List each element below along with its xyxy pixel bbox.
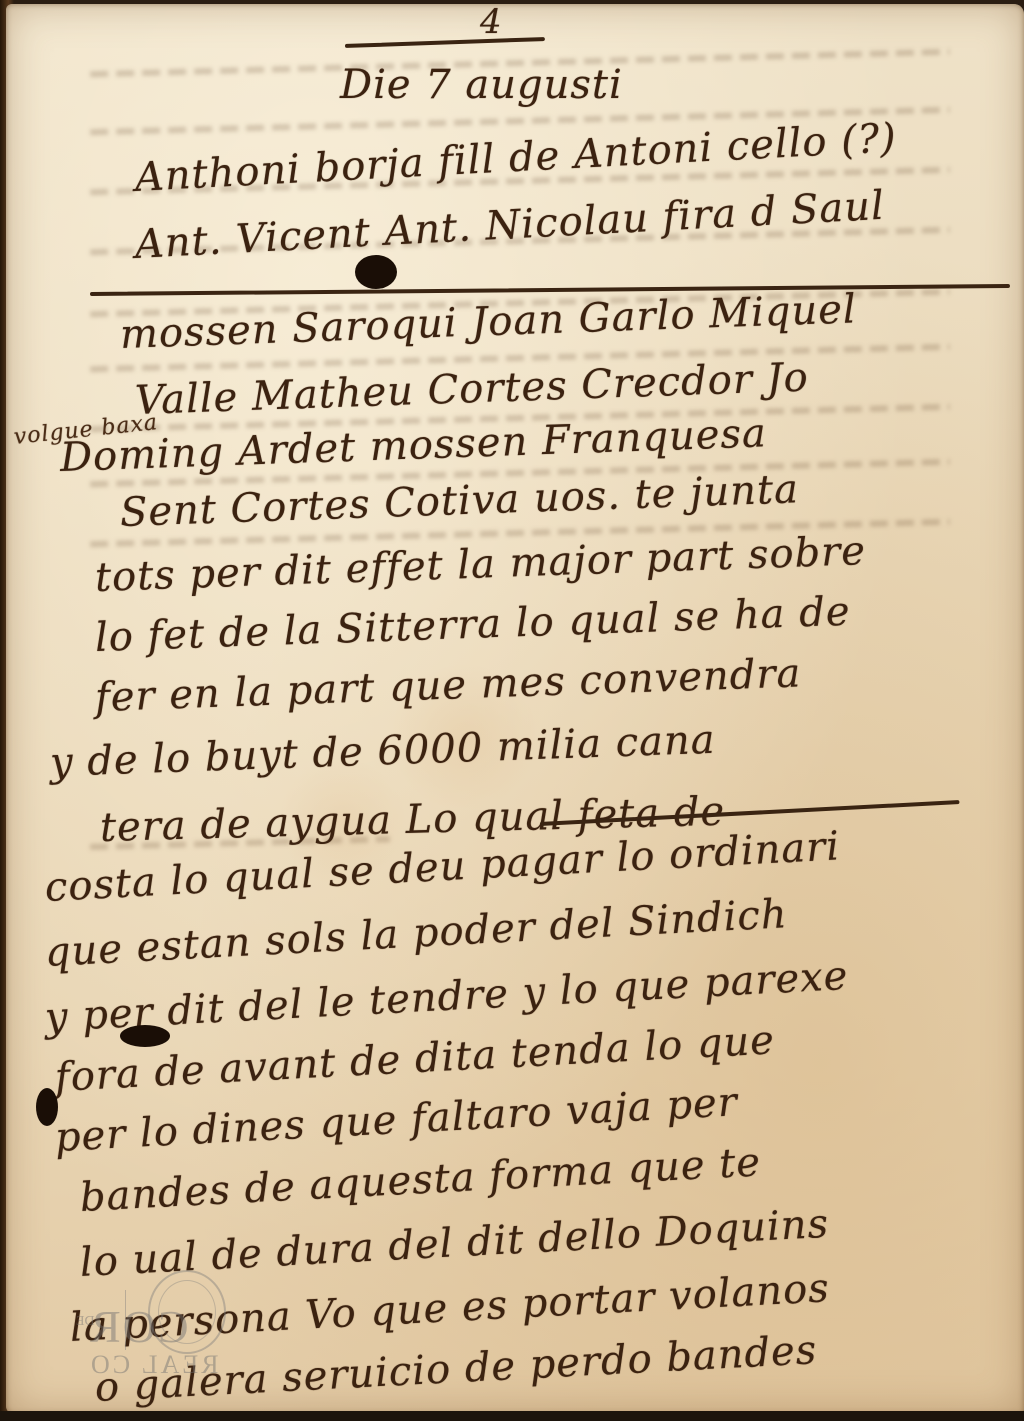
page-header-date: Die 7 augusti: [340, 62, 623, 108]
stamp-text-de: DE: [76, 1314, 95, 1330]
page-bottom-edge: [0, 1411, 1024, 1421]
ink-blot: [120, 1025, 170, 1047]
folio-number: 4: [480, 2, 503, 42]
seal-stamp-icon: [148, 1270, 226, 1354]
stamp-text-bottom: REAL CO: [88, 1350, 219, 1380]
ink-blot: [355, 255, 397, 289]
stamp-divider: [125, 1290, 126, 1350]
